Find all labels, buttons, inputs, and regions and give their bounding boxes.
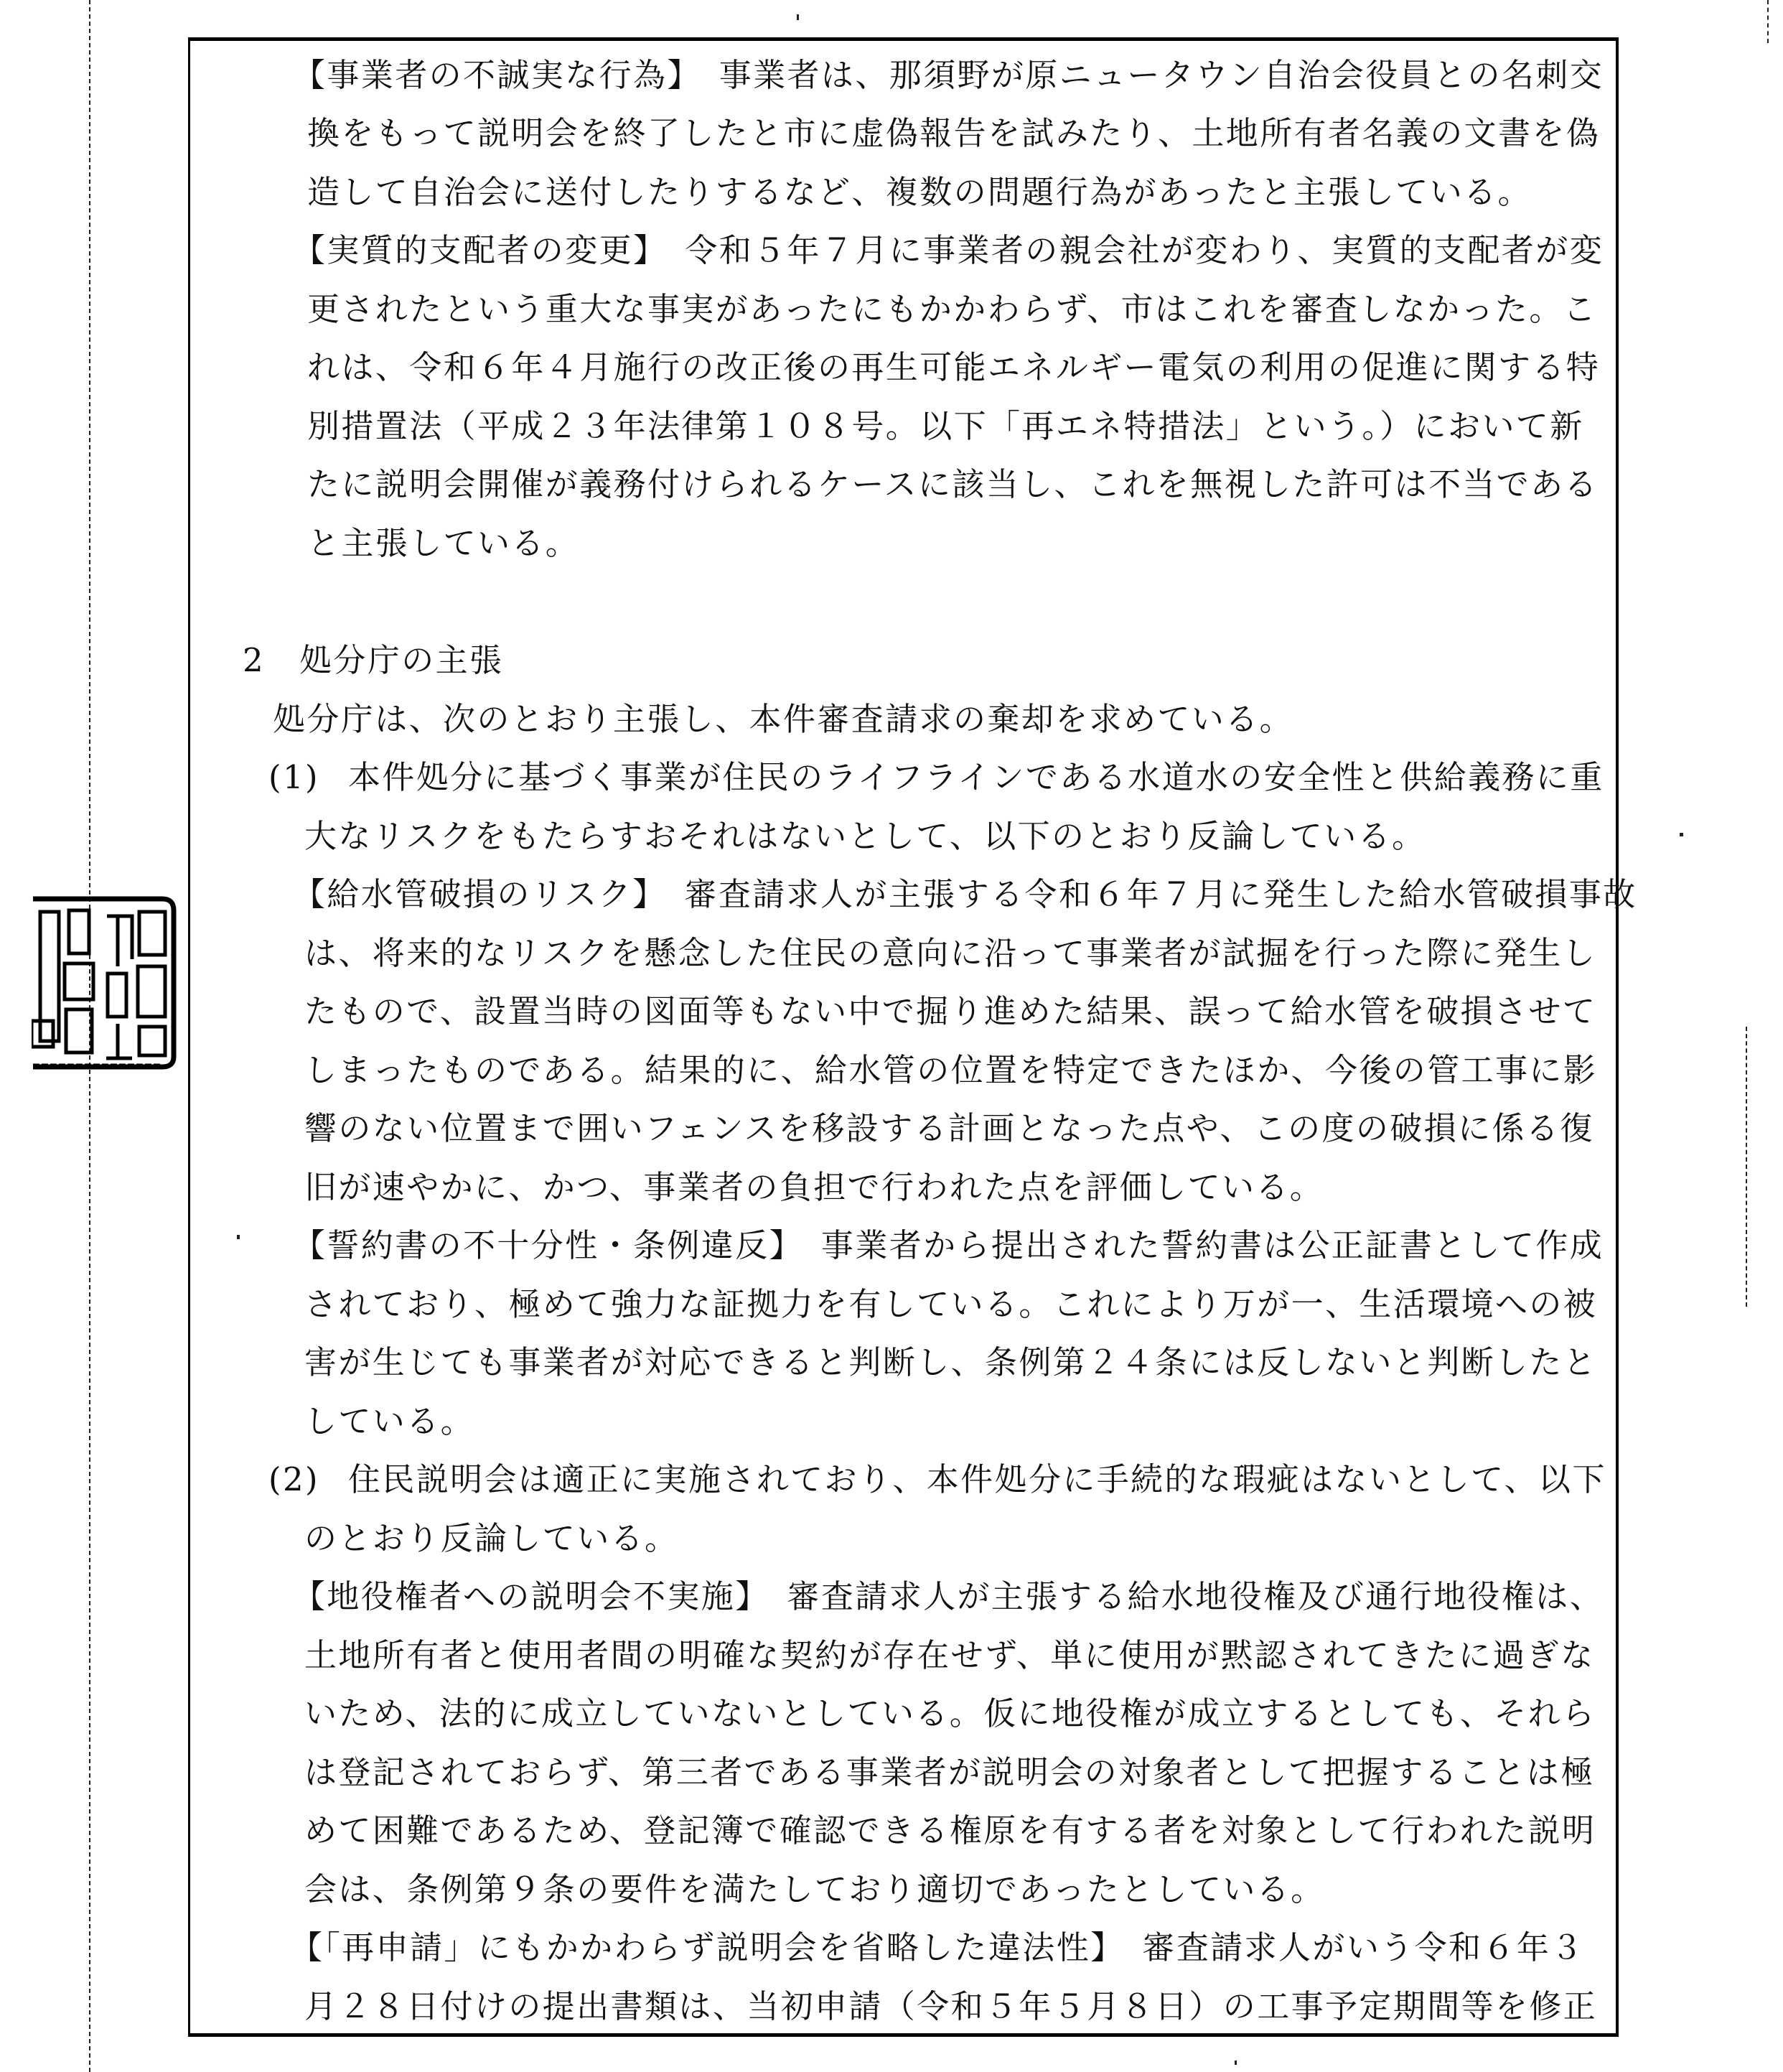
text-line: のとおり反論している。 (304, 1517, 678, 1560)
text-line: は、将来的なリスクを懸念した住民の意向に沿って事業者が試掘を行った際に発生し (304, 932, 1596, 975)
para-water-pipe-line-1: 【給水管破損のリスク】 審査請求人が主張する令和６年７月に発生した給水管破損事故 (293, 873, 1637, 916)
seal-icon (32, 895, 177, 1071)
heading-owner-change: 【実質的支配者の変更】 (293, 231, 651, 269)
text-line: 造して自治会に送付したりするなど、複数の問題行為があったと主張している。 (307, 171, 1532, 214)
scan-speck (797, 14, 799, 20)
para-pledge-line-1: 【誓約書の不十分性・条例違反】 事業者から提出された誓約書は公正証書として作成 (293, 1224, 1604, 1267)
text-line: 月２８日付けの提出書類は、当初申請（令和５年５月８日）の工事予定期間等を修正 (304, 1985, 1597, 2028)
item-2-line-1: (2)住民説明会は適正に実施されており、本件処分に手続的な瑕疵はないとして、以下 (268, 1458, 1606, 1501)
section-title: 処分庁の主張 (299, 641, 503, 679)
text-line: している。 (304, 1400, 474, 1443)
text-line: しまったものである。結果的に、給水管の位置を特定できたほか、今後の管工事に影 (304, 1049, 1597, 1092)
section-number: 2 (243, 641, 265, 679)
right-margin-dotted-line (1767, 0, 1769, 43)
heading-water-pipe-risk: 【給水管破損のリスク】 (293, 875, 650, 913)
document-frame (188, 37, 1619, 2037)
heading-dishonest-acts: 【事業者の不誠実な行為】 (293, 56, 685, 94)
text-line: は登記されておらず、第三者である事業者が説明会の対象者として把握することは極 (304, 1751, 1595, 1794)
text-line: 別措置法（平成２３年法律第１０８号。以下「再エネ特措法」という。）において新 (307, 405, 1584, 448)
para-easement-line-1: 【地役権者への説明会不実施】 審査請求人が主張する給水地役権及び通行地役権は、 (293, 1575, 1604, 1618)
para-reapplication-line-1: 【「再申請」にもかかわらず説明会を省略した違法性】 審査請求人がいう令和６年３ (290, 1926, 1585, 1969)
text-line: たに説明会開催が義務付けられるケースに該当し、これを無視した許可は不当である (307, 463, 1599, 506)
section-2-heading: 2処分庁の主張 (243, 639, 503, 682)
text-line: たもので、設置当時の図面等もない中で掘り進めた結果、誤って給水管を破損させて (304, 990, 1596, 1033)
para-dishonest-acts-line-1: 【事業者の不誠実な行為】 事業者は、那須野が原ニュータウン自治会役員との名刺交 (293, 54, 1604, 97)
text-line: れは、令和６年４月施行の改正後の再生可能エネルギー電気の利用の促進に関する特 (307, 346, 1600, 389)
text-line: 土地所有者と使用者間の明確な契約が存在せず、単に使用が黙認されてきたに過ぎな (304, 1634, 1595, 1677)
text-line: 会は、条例第９条の要件を満たしており適切であったとしている。 (304, 1868, 1325, 1911)
item-1-label: (1) (268, 758, 319, 796)
item-1-line-1: (1)本件処分に基づく事業が住民のライフラインである水道水の安全性と供給義務に重 (268, 756, 1604, 799)
text-line: と主張している。 (307, 522, 579, 565)
scan-speck (1680, 833, 1683, 836)
heading-easement-holders: 【地役権者への説明会不実施】 (293, 1577, 753, 1615)
text-line: されており、極めて強力な証拠力を有している。これにより万が一、生活環境への被 (304, 1283, 1597, 1326)
text-line: 大なリスクをもたらすおそれはないとして、以下のとおり反論している。 (304, 815, 1426, 858)
text-line: 旧が速やかに、かつ、事業者の負担で行われた点を評価している。 (304, 1166, 1324, 1209)
right-margin-dotted-line-lower (1746, 1027, 1747, 1307)
item-2-label: (2) (268, 1460, 319, 1498)
scan-speck (1235, 2061, 1237, 2065)
scan-speck (237, 1235, 240, 1239)
para-owner-change-line-1: 【実質的支配者の変更】 令和５年７月に事業者の親会社が変わり、実質的支配者が変 (293, 229, 1604, 272)
text-line: 更されたという重大な事実があったにもかかわらず、市はこれを審査しなかった。こ (307, 288, 1597, 331)
text-line: 換をもって説明会を終了したと市に虚偽報告を試みたり、土地所有者名義の文書を偽 (307, 112, 1600, 155)
heading-reapplication: 【「再申請」にもかかわらず説明会を省略した違法性】 (290, 1928, 1108, 1966)
text-line: めて困難であるため、登記簿で確認できる権原を有する者を対象として行われた説明 (304, 1809, 1596, 1852)
section-2-intro: 処分庁は、次のとおり主張し、本件審査請求の棄却を求めている。 (273, 698, 1293, 741)
text-line: いため、法的に成立していないとしている。仮に地役権が成立するとしても、それら (304, 1692, 1596, 1735)
seal-stamp (32, 895, 177, 1071)
text-line: 害が生じても事業者が対応できると判断し、条例第２４条には反しないと判断したと (304, 1341, 1597, 1384)
heading-pledge-insufficiency: 【誓約書の不十分性・条例違反】 (293, 1226, 787, 1264)
text-line: 響のない位置まで囲いフェンスを移設する計画となった点や、この度の破損に係る復 (304, 1107, 1594, 1150)
